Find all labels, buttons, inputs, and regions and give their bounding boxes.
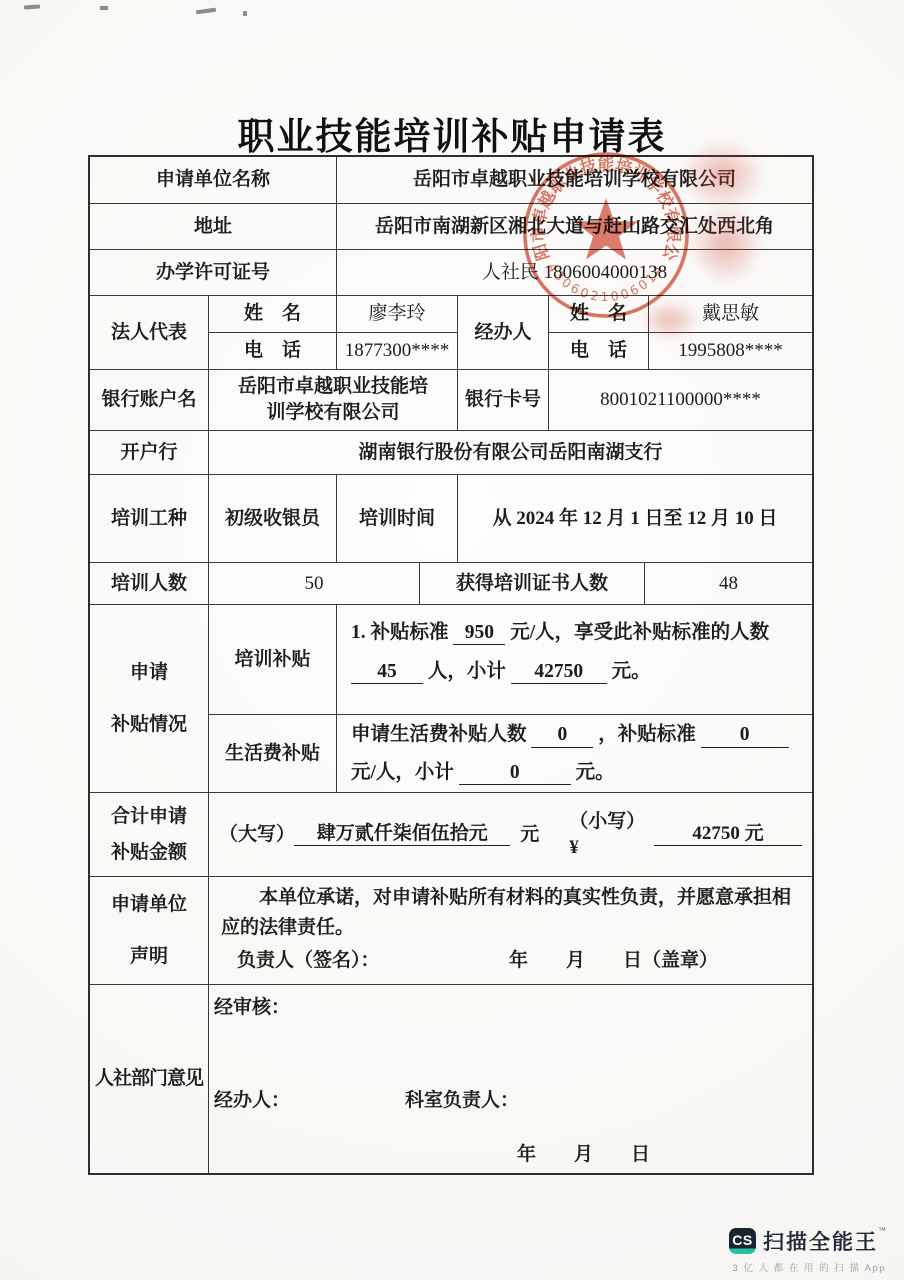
- bank-card-label: 银行卡号: [458, 370, 549, 431]
- hr-date-line: 年 月 日: [517, 1142, 650, 1168]
- trademark-symbol: ™: [878, 1226, 886, 1235]
- subsidy-section-label-line2: 补贴情况: [111, 712, 187, 738]
- living-subsidy-standard: 0: [701, 724, 789, 747]
- scan-artifact: [243, 11, 247, 16]
- training-time-label: 培训时间: [337, 475, 458, 563]
- address-label: 地址: [90, 204, 337, 250]
- hr-audit-label: 经审核：: [214, 995, 290, 1021]
- license-value: 人社民 1806004000138: [337, 250, 812, 296]
- legal-rep-label: 法人代表: [90, 296, 209, 370]
- declaration-date-line: 年 月 日（盖章）: [509, 948, 718, 974]
- subsidy-section-label: 申请 补贴情况: [90, 605, 209, 793]
- training-subsidy-text: 1. 补贴标准: [351, 622, 449, 643]
- certified-count-label: 获得培训证书人数: [420, 563, 645, 605]
- bank-branch-label: 开户行: [90, 431, 209, 475]
- scan-artifact: [24, 4, 40, 9]
- page-title: 职业技能培训补贴申请表: [0, 106, 904, 160]
- subsidy-section-label-line1: 申请: [130, 660, 168, 686]
- agent-name-label: 姓 名: [549, 296, 649, 333]
- training-type-label: 培训工种: [90, 475, 209, 563]
- living-subsidy-label: 生活费补贴: [209, 715, 337, 793]
- declaration-sign-line: 负责人（签名）：: [237, 948, 380, 974]
- unit-name-label: 申请单位名称: [90, 157, 337, 204]
- hr-opinion-content: 经审核： 经办人： 科室负责人： 年 月 日: [209, 985, 812, 1173]
- application-form-table: 申请单位名称 岳阳市卓越职业技能培训学校有限公司 地址 岳阳市南湖新区湘北大道与…: [88, 155, 814, 1175]
- training-type-value: 初级收银员: [209, 475, 337, 563]
- camscanner-tagline: 3 亿 人 都 在 用 的 扫 描 App: [696, 1260, 886, 1274]
- trainee-count-label: 培训人数: [90, 563, 209, 605]
- unit-name-value: 岳阳市卓越职业技能培训学校有限公司: [337, 157, 812, 204]
- scan-artifact: [100, 6, 108, 10]
- total-amount-label: 合计申请 补贴金额: [90, 793, 209, 877]
- legal-rep-phone-value: 1877300****: [337, 333, 458, 370]
- declaration-label-line1: 申请单位: [111, 892, 187, 918]
- bank-account-label: 银行账户名: [90, 370, 209, 431]
- hr-opinion-label: 人社部门意见: [90, 985, 209, 1173]
- training-time-value: 从 2024 年 12 月 1 日至 12 月 10 日: [458, 475, 812, 563]
- address-value: 岳阳市南湖新区湘北大道与赶山路交汇处西北角: [337, 204, 812, 250]
- hr-dept-head-label: 科室负责人：: [405, 1088, 519, 1114]
- trainee-count-value: 50: [209, 563, 420, 605]
- camscanner-watermark: CS 扫描全能王™ 3 亿 人 都 在 用 的 扫 描 App: [696, 1226, 886, 1274]
- camscanner-logo-icon: CS: [729, 1228, 756, 1254]
- training-subsidy-people: 45: [351, 661, 423, 684]
- license-label: 办学许可证号: [90, 250, 337, 296]
- certified-count-value: 48: [645, 563, 812, 605]
- living-subsidy-content: 申请生活费补贴人数 0 ，补贴标准 0 元/人，小计 0 元。: [337, 715, 812, 793]
- total-amount-daxie-value: 肆万贰仟柒佰伍拾元: [294, 823, 510, 846]
- legal-rep-phone-label: 电 话: [209, 333, 337, 370]
- total-amount-daxie-label: （大写）: [219, 822, 294, 848]
- training-subsidy-label: 培训补贴: [209, 605, 337, 715]
- declaration-label-line2: 声明: [130, 944, 168, 970]
- bank-card-value: 8001021100000****: [549, 370, 812, 431]
- hr-agent-label: 经办人：: [214, 1088, 290, 1114]
- living-subsidy-subtotal: 0: [459, 762, 571, 785]
- declaration-content: 本单位承诺，对申请补贴所有材料的真实性负责，并愿意承担相应的法律责任。 负责人（…: [209, 877, 812, 985]
- total-amount-label-line2: 补贴金额: [111, 840, 187, 866]
- bank-branch-value: 湖南银行股份有限公司岳阳南湖支行: [209, 431, 812, 475]
- agent-phone-value: 1995808****: [649, 333, 812, 370]
- agent-name-value: 戴思敏: [649, 296, 812, 333]
- living-subsidy-text: 申请生活费补贴人数: [351, 724, 527, 745]
- living-subsidy-people: 0: [531, 724, 593, 747]
- total-amount-xiaoxie-value: 42750 元: [654, 823, 802, 846]
- agent-phone-label: 电 话: [549, 333, 649, 370]
- legal-rep-name-value: 廖李玲: [337, 296, 458, 333]
- bank-account-value: 岳阳市卓越职业技能培训学校有限公司: [209, 370, 458, 431]
- legal-rep-name-label: 姓 名: [209, 296, 337, 333]
- declaration-body: 本单位承诺，对申请补贴所有材料的真实性负责，并愿意承担相应的法律责任。: [221, 883, 800, 944]
- training-subsidy-subtotal: 42750: [511, 661, 607, 684]
- total-amount-label-line1: 合计申请: [111, 804, 187, 830]
- total-amount-content: （大写） 肆万贰仟柒佰伍拾元 元 （小写）¥ 42750 元: [209, 793, 812, 877]
- training-subsidy-content: 1. 补贴标准 950 元/人，享受此补贴标准的人数 45 人，小计 42750…: [337, 605, 812, 715]
- declaration-label: 申请单位 声明: [90, 877, 209, 985]
- training-subsidy-standard: 950: [453, 622, 505, 645]
- total-amount-xiaoxie-label: （小写）¥: [569, 809, 654, 860]
- scan-artifact: [196, 8, 216, 15]
- agent-label: 经办人: [458, 296, 549, 370]
- camscanner-brand-text: 扫描全能王: [763, 1231, 878, 1254]
